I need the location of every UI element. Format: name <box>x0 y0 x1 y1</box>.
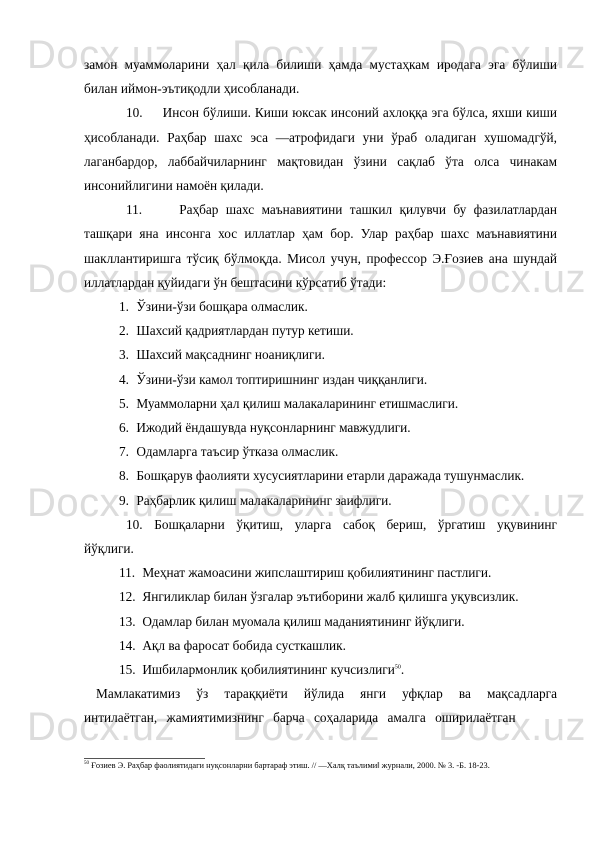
list-item: 12. Янгиликлар билан ўзгалар эътиборини … <box>84 585 557 609</box>
footnote-number: 50 <box>84 761 89 766</box>
item-text: Раҳбар шахс маънавиятини ташкил қилувчи … <box>84 202 557 290</box>
list-item: 5. Муаммоларни ҳал қилиш малакаларининг … <box>84 392 557 416</box>
document-page: замон муаммоларини ҳал қила билиши ҳамда… <box>84 53 557 731</box>
list-item: 14. Ақл ва фаросат бобида сусткашлик. <box>84 634 557 658</box>
item-text: Инсон бўлиши. Киши юксак инсоний ахлоққа… <box>84 105 557 193</box>
list-item: 9. Раҳбарлик қилиш малакаларининг заифли… <box>84 489 557 513</box>
list-item: 15. Ишбилармонлик қобилиятининг кучсизли… <box>84 658 557 682</box>
list-item: 7. Одамларга таъсир ўтказа олмаслик. <box>84 440 557 464</box>
footnote-separator <box>84 758 205 759</box>
list-item: 8. Бошқарув фаолияти хусусиятларини етар… <box>84 464 557 488</box>
item-number: 10. <box>126 105 143 120</box>
list-item: 3. Шахсий мақсаднинг ноаниқлиги. <box>84 343 557 367</box>
paragraph-item-10: 10. Инсон бўлиши. Киши юксак инсоний ахл… <box>84 101 557 198</box>
vices-list: 1. Ўзини-ўзи бошқара олмаслик. 2. Шахсий… <box>84 295 557 682</box>
paragraph-continuation: замон муаммоларини ҳал қила билиши ҳамда… <box>84 53 557 101</box>
list-item: 11. Меҳнат жамоасини жипслаштириш қобили… <box>84 561 557 585</box>
list-item: 4. Ўзини-ўзи камол топтиришнинг издан чи… <box>84 368 557 392</box>
footnote: 50 Ғозиев Э. Раҳбар фаолиятидаги нуқсонл… <box>84 760 554 771</box>
list-item: 2. Шахсий қадриятлардан путур кетиши. <box>84 319 557 343</box>
footnote-text: Ғозиев Э. Раҳбар фаолиятидаги нуқсонларн… <box>91 761 490 770</box>
list-item: 10. Бошқаларни ўқитиш, уларга сабоқ бери… <box>84 513 557 561</box>
list-item: 13. Одамлар билан муомала қилиш маданият… <box>84 610 557 634</box>
list-item: 1. Ўзини-ўзи бошқара олмаслик. <box>84 295 557 319</box>
list-item: 6. Ижодий ёндашувда нуқсонларнинг мавжуд… <box>84 416 557 440</box>
paragraph-closing: Мамлакатимиз ўз тараққиёти йўлида янги у… <box>84 682 557 730</box>
item-number: 11. <box>126 202 142 217</box>
paragraph-item-11: 11. Раҳбар шахс маънавиятини ташкил қилу… <box>84 198 557 295</box>
